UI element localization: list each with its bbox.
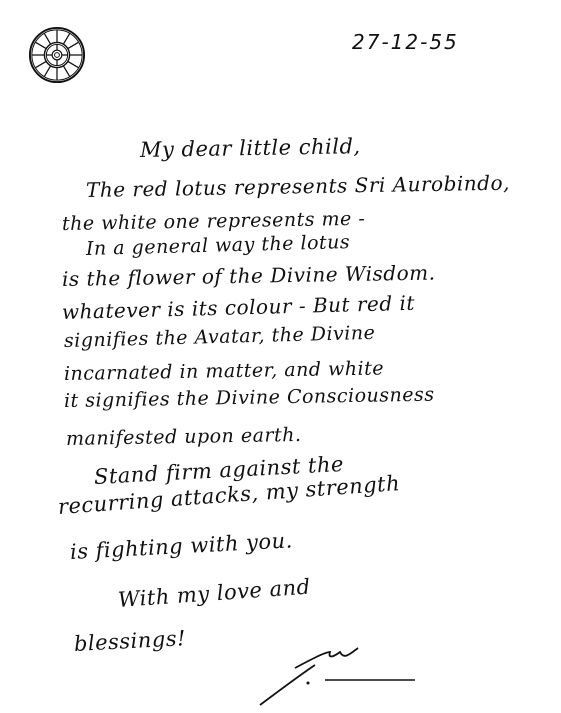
letter-closing: With my love and: [117, 575, 311, 612]
letter-closing: blessings!: [73, 626, 186, 656]
letter-line: it signifies the Divine Consciousness: [64, 384, 435, 412]
lotus-emblem-icon: [28, 26, 86, 84]
letter-line: whatever is its colour - But red it: [62, 291, 415, 324]
letter-line: is fighting with you.: [69, 528, 293, 564]
letter-date: 27-12-55: [352, 30, 459, 54]
letter-line: manifested upon earth.: [66, 424, 302, 450]
letter-line: incarnated in matter, and white: [64, 357, 384, 385]
letter-salutation: My dear little child,: [140, 134, 361, 162]
signature-mark: [240, 630, 420, 710]
letter-page: 27-12-55 My dear little child, The red l…: [0, 0, 561, 713]
letter-line: signifies the Avatar, the Divine: [64, 322, 376, 352]
letter-line: is the flower of the Divine Wisdom.: [62, 260, 436, 291]
letter-line: In a general way the lotus: [86, 231, 351, 260]
letter-line: The red lotus represents Sri Aurobindo,: [86, 171, 510, 202]
